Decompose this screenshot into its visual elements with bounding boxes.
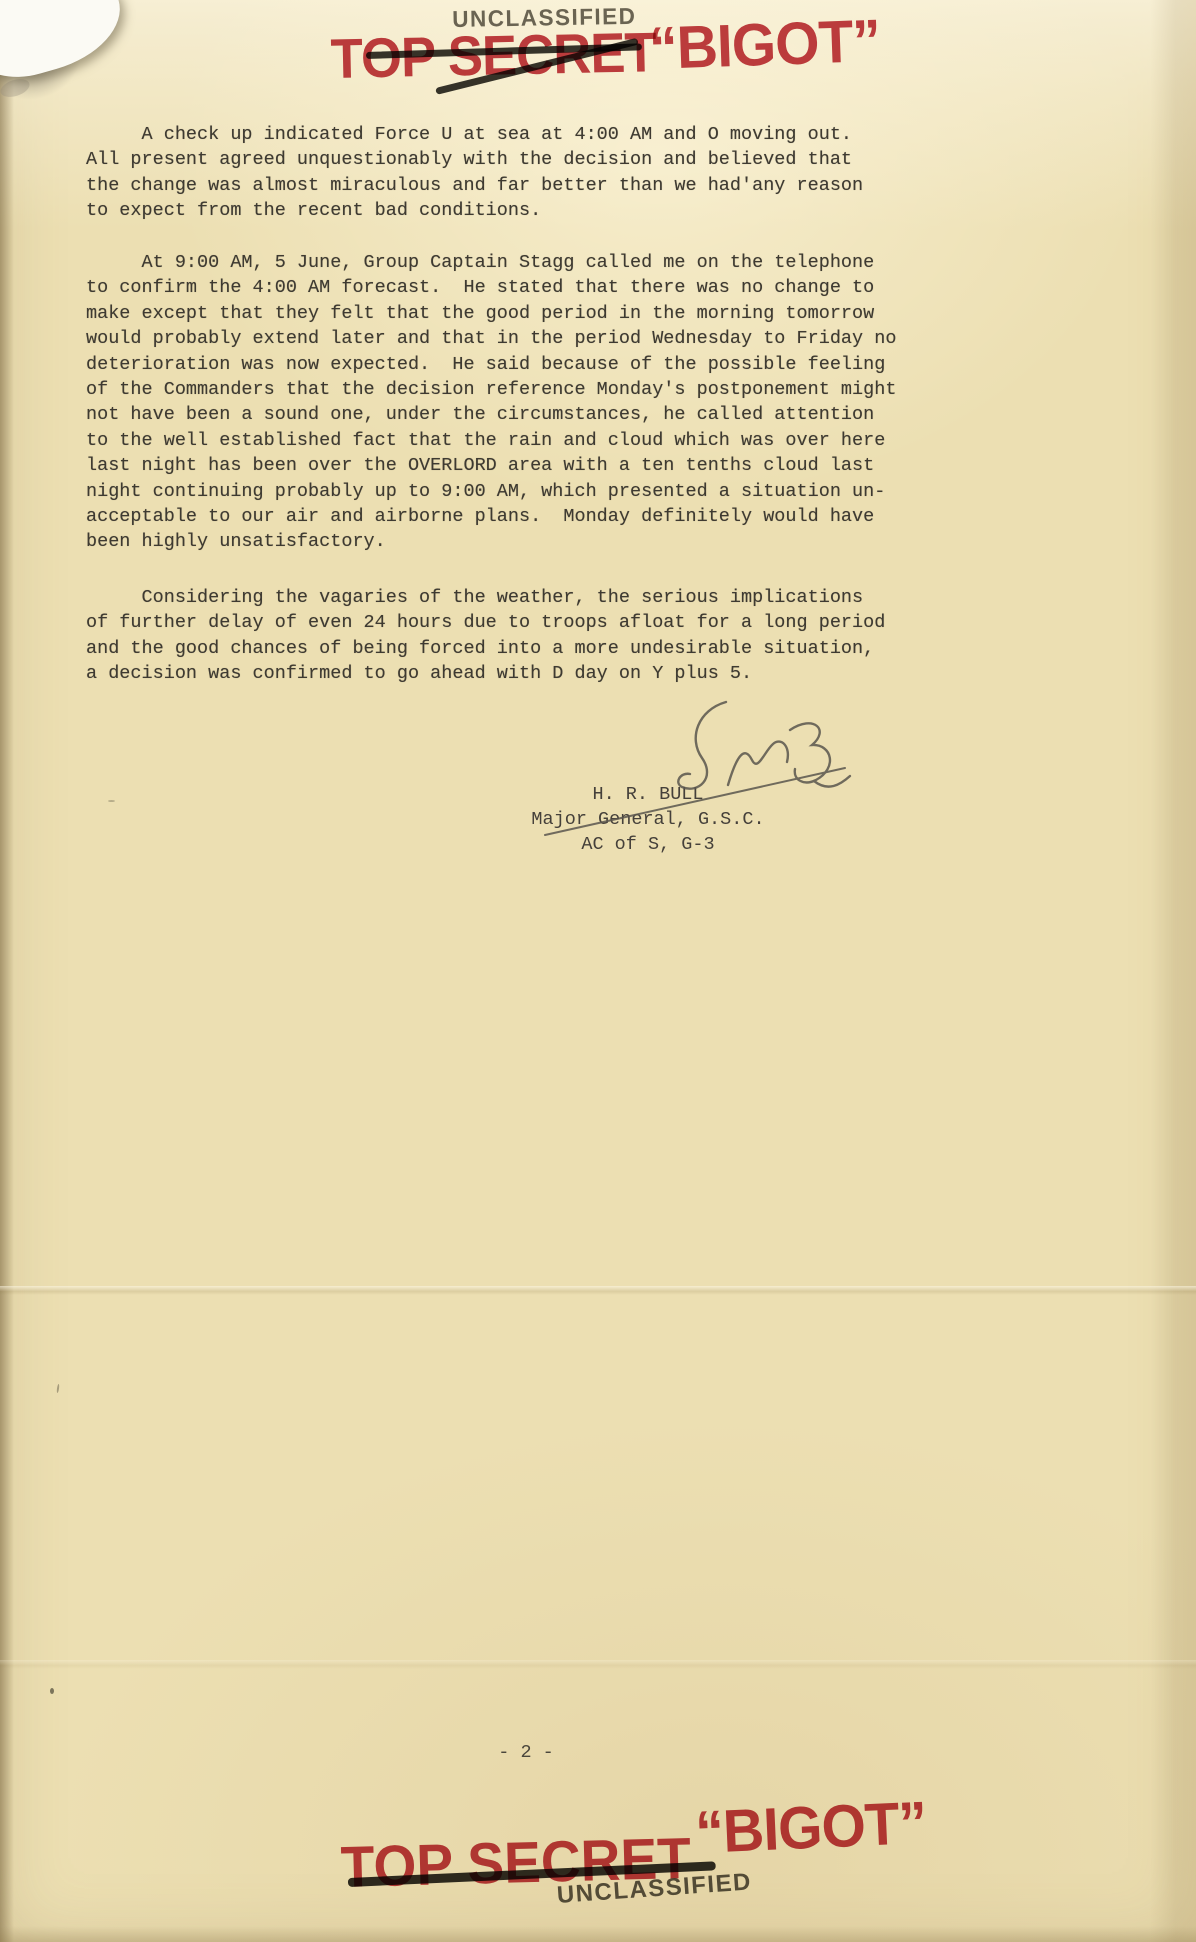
- paragraph-1: A check up indicated Force U at sea at 4…: [86, 122, 946, 224]
- document-page: UNCLASSIFIED TOP SECRET “BIGOT” A check …: [0, 0, 1196, 1942]
- paper-speck: [108, 800, 115, 802]
- paper-speck: [56, 1384, 59, 1393]
- signature-mark: [530, 688, 860, 858]
- bigot-stamp-top: “BIGOT”: [648, 6, 881, 83]
- paper-fold-crease: [0, 1660, 1196, 1669]
- paragraph-3: Considering the vagaries of the weather,…: [86, 585, 946, 687]
- paragraph-2: At 9:00 AM, 5 June, Group Captain Stagg …: [86, 250, 946, 555]
- paper-edge-left: [0, 0, 14, 1942]
- paper-edge-bottom: [0, 1926, 1196, 1942]
- paper-fold-crease: [0, 1286, 1196, 1295]
- paper-edge-right: [1150, 0, 1196, 1942]
- bigot-stamp-bottom: “BIGOT”: [694, 1788, 928, 1867]
- page-number: - 2 -: [470, 1742, 582, 1763]
- paper-speck: [50, 1688, 54, 1694]
